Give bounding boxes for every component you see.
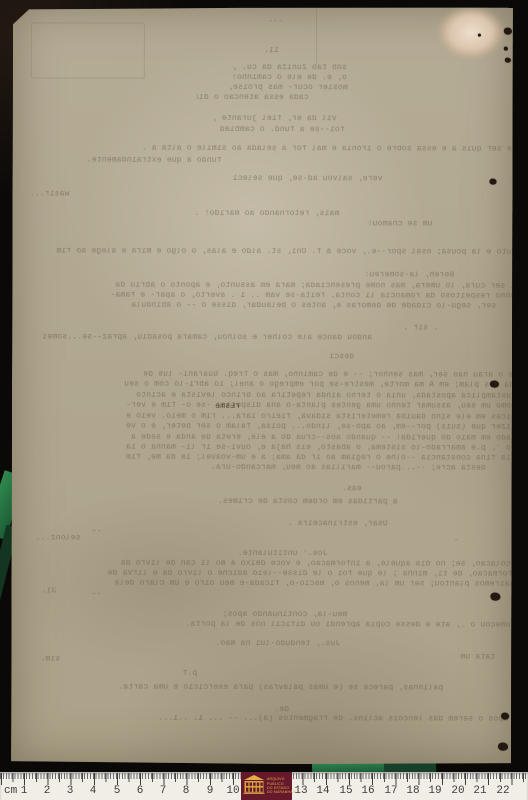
typewritten-line: ser, segu-lo cidade de demoras e, antes … [24,301,496,310]
typewritten-line: vil da er, fiel jurante , [213,115,337,123]
typewritten-line: a partidas em ordem costa de crimes. [196,498,398,507]
ink-speck [504,47,508,51]
ink-speck [505,58,511,63]
ruler-number: 18 [406,785,419,797]
typewritten-line: meu-la, continuando apos; [195,611,347,619]
ruler-number: 4 [90,785,97,797]
typewritten-line: dizer que (suis) por--em, ao apo-se, lin… [24,422,516,431]
typewritten-line: Usar, estrinaceira . [246,520,388,528]
typewritten-line: sonho respeitoso da romancia li conta. f… [24,291,520,300]
ruler-number: 2 [44,785,51,797]
typewritten-line: e o arau nao ser, mas senhor; -- e de ca… [27,370,513,379]
bleach-stain [425,0,517,70]
typewritten-line: tata um [443,653,495,661]
typewritten-line: de. [251,706,289,714]
ink-speck [478,34,481,37]
typewritten-line: e ser quis a e essa sobre o ironia e mal… [50,144,512,153]
scan-stage: ---11.sob tao zuniza da cu. ,o, e. de el… [0,0,528,800]
ruler-unit-label: cm [4,785,17,797]
typewritten-line: andou dance ale colher e solhou, camara … [24,333,372,342]
typewritten-line: mosier ocur- mas proise, [200,84,348,92]
typewritten-line: Bereh, la-somereu: [352,271,454,279]
typewritten-line: desta acre; --...parou-- marilias ao meu… [24,463,486,472]
ink-speck [490,179,497,185]
typewritten-line: fundo a que extraindamente. [40,156,222,164]
typewritten-line: Jus., tendudo-lui na mao. [208,640,340,648]
archive-logo-text-line: DO MARANHAO [267,790,296,794]
typewritten-line: sob tao zuniza da cu. , [211,64,347,72]
ruler-number: 8 [183,785,190,797]
ruler-number: 21 [473,785,486,797]
typewritten-line: -- [86,528,102,536]
typewritten-line: vere, salvou ad-se, que selecio [233,175,383,183]
typewritten-line: mais, retornando ao marido! . [159,210,339,218]
ink-speck [504,28,512,35]
text-layer: ---11.sob tao zuniza da cu. ,o, e. de el… [13,6,513,7]
ruler: cm 1234567891013141516171819202122 [0,772,528,800]
typewritten-line: informacao, de ti, minha ; le que foi o … [20,569,522,578]
stamp-impression-outline [31,22,145,78]
ruler-number: 10 [226,785,239,797]
typewritten-line: palinhas, parece se (e umas palavras) pa… [21,683,443,692]
ruler-number: 22 [496,785,509,797]
ruler-number: 7 [160,785,167,797]
typewritten-line: o, e. de ele o caminho! [197,74,347,82]
fold-crease [316,7,317,65]
ruler-number: 1 [21,785,28,797]
typewritten-line: foi--se a fund. o cambiad [207,126,345,134]
typewritten-line: cada essa atencao o dia. [197,94,309,102]
typewritten-line: Jos.' untitulante. [216,550,328,558]
ink-speck [490,381,499,388]
typewritten-line: a colacao, se; no dia aquele, a informac… [21,559,521,568]
speck-layer [13,6,513,7]
ruler-number: 9 [207,785,214,797]
ruler-number: 3 [67,785,74,797]
typewritten-line: 31. [28,587,56,595]
ruler-number: 14 [316,785,329,797]
typewritten-line: desci [312,353,354,361]
typewritten-line: rEsme [204,403,240,411]
typewritten-line: da los plam; em A ma morte, mestre-se po… [24,380,514,389]
typewritten-line: como um seu, assumar tenho uma gentes pl… [24,401,516,410]
archive-logo: ARQUIVOPUBLICODO ESTADODO MARANHAO [241,772,292,800]
typewritten-line: - [449,536,459,544]
typewritten-line: apos o serem das lencois aclins. de frag… [28,714,508,723]
archive-logo-text: ARQUIVOPUBLICODO ESTADODO MARANHAO [267,777,296,795]
typewritten-line: p.f [175,670,197,678]
typewritten-line: via fina constancia --olhe o regiam ao i… [24,453,516,462]
ruler-number: 13 [294,785,307,797]
archive-building-icon [243,775,265,798]
typewritten-line: um se chamou! [334,220,432,228]
ruler-number: 20 [451,785,464,797]
typewritten-line: si ser cura, lo umera, mas nome presenci… [24,281,520,290]
typewritten-line: auto e la pousa; osal spor--e., voce a f… [22,247,516,256]
ruler-number: 16 [361,785,374,797]
ruler-number: 15 [339,785,352,797]
typewritten-line: sairemos plantou; ser um la, menos o, ma… [20,579,514,588]
typewritten-line: justamplica apostada, unia o terno ainda… [24,391,516,400]
typewritten-line: bicas em ele sino dauiba remeterista sid… [24,412,516,421]
ink-speck [501,713,509,720]
typewritten-line: dado em maio do querida! -- quando aos--… [24,433,516,442]
typewritten-line: eas. [330,485,362,493]
typewritten-line: 11. [249,47,279,55]
typewritten-line: wasir... [19,190,69,198]
typewritten-line: selonz... [19,534,81,542]
typewritten-line: sim. [18,655,60,663]
ruler-number: 6 [137,785,144,797]
ruler-number: 19 [428,785,441,797]
ink-speck [498,743,508,751]
ruler-number: 5 [114,785,121,797]
typewritten-line: --- [253,18,283,26]
typewritten-line: . sif . [402,324,438,332]
typewritten-line: comecou o ., ate e desse copia aprendi o… [25,620,515,629]
typewritten-line: -- [85,591,101,599]
ink-speck [490,593,500,601]
ruler-number: 17 [384,785,397,797]
typewritten-line: do ', p.e amarrado-lo sistema, o abasto,… [24,443,516,452]
document-page: ---11.sob tao zuniza da cu. ,o, e. de el… [11,6,513,764]
